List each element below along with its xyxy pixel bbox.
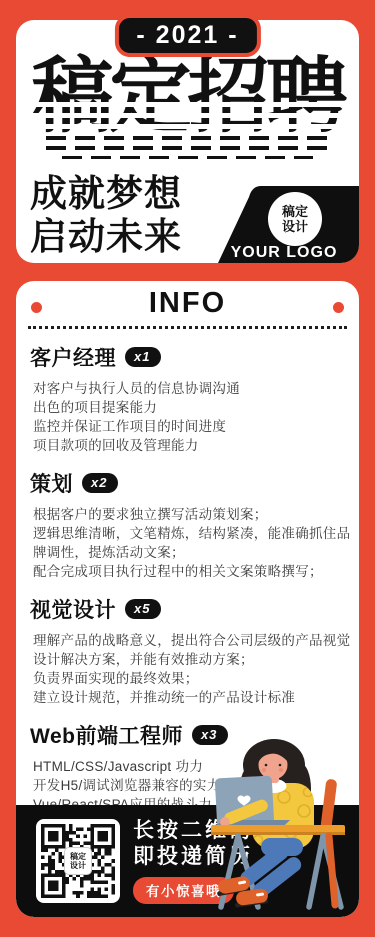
headcount-badge: x1 (125, 347, 161, 367)
headcount-badge: x5 (125, 599, 161, 619)
job-requirement: 牌调性，提炼活动文案； (30, 543, 345, 562)
qr-center-logo: 稿定设计 (64, 847, 92, 875)
job-section-visual-designer: 视觉设计 x5 理解产品的战略意义，提出符合公司层级的产品视觉 设计解决方案，并… (30, 594, 345, 707)
job-requirement: 对客户与执行人员的信息协调沟通 (30, 379, 345, 398)
job-title: 客户经理 (30, 342, 116, 372)
chair-leg (329, 836, 335, 905)
job-requirement: 配合完成项目执行过程中的相关文案策略撰写； (30, 562, 345, 581)
decor-dot-left (31, 302, 42, 313)
job-requirement: 逻辑思维清晰，文笔精炼，结构紧凑，能准确抓住品 (30, 524, 345, 543)
title-stripe-decoration (24, 124, 351, 129)
title-wave-decoration (46, 146, 329, 150)
logo-placeholder-text: YOUR LOGO (223, 244, 345, 262)
info-heading: INFO (16, 287, 359, 320)
recruitment-poster: 稿定招聘 成就梦想 启动未来 稿定设计 YOUR LOGO - 2021 - I… (0, 0, 375, 937)
year-badge: - 2021 - (114, 14, 260, 57)
slogan-line-1: 成就梦想 (30, 172, 182, 215)
job-title: Web前端工程师 (30, 720, 183, 750)
decor-dot-right (333, 302, 344, 313)
job-title: 视觉设计 (30, 594, 116, 624)
illustration-woman-at-laptop (211, 737, 359, 915)
slogan: 成就梦想 启动未来 (30, 172, 182, 258)
title-stripe-decoration (24, 102, 351, 107)
slogan-line-2: 启动未来 (30, 215, 182, 258)
title-stripe-decoration (24, 113, 351, 118)
job-requirement: 建立设计规范，并推动统一的产品设计标准 (30, 688, 345, 707)
job-requirement: 项目款项的回收及管理能力 (30, 436, 345, 455)
qr-code[interactable]: 稿定设计 (36, 819, 120, 903)
job-requirement: 根据客户的要求独立撰写活动策划案； (30, 505, 345, 524)
job-title: 策划 (30, 468, 73, 498)
job-requirement: 监控并保证工作项目的时间进度 (30, 417, 345, 436)
job-requirement: 理解产品的战略意义，提出符合公司层级的产品视觉 (30, 631, 345, 650)
job-requirement: 出色的项目提案能力 (30, 398, 345, 417)
brand-logo-circle: 稿定设计 (268, 192, 322, 246)
title-wave-decoration (46, 136, 329, 140)
dotted-divider (28, 326, 347, 329)
title-wave-decoration (62, 156, 313, 159)
job-requirement: 负责界面实现的最终效果； (30, 669, 345, 688)
job-requirement: 设计解决方案，并能有效推动方案； (30, 650, 345, 669)
job-section-planner: 策划 x2 根据客户的要求独立撰写活动策划案； 逻辑思维清晰，文笔精炼，结构紧凑… (30, 468, 345, 581)
headcount-badge: x2 (82, 473, 118, 493)
job-section-account-manager: 客户经理 x1 对客户与执行人员的信息协调沟通 出色的项目提案能力 监控并保证工… (30, 342, 345, 455)
